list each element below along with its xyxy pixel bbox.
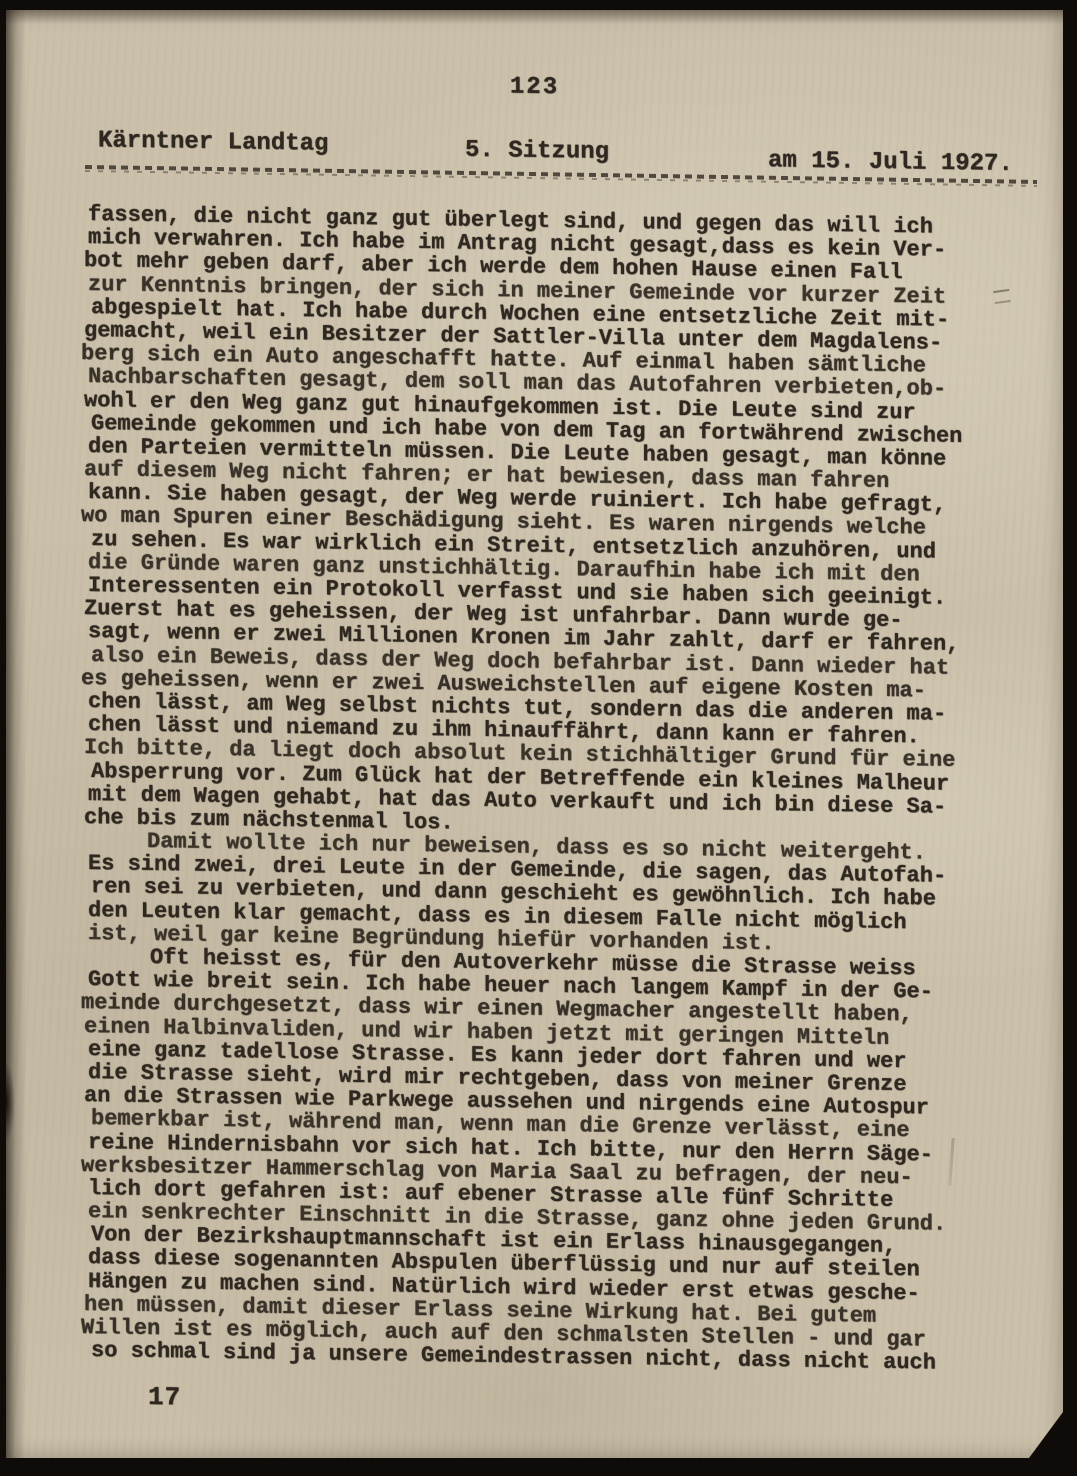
scanned-page-frame: { "page": { "sheet_number": "123", "foot…	[0, 0, 1077, 1476]
page-number-bottom: 17	[148, 1382, 181, 1412]
header-date: am 15. Juli 1927.	[768, 147, 1013, 178]
header-session-title: 5. Sitzung	[465, 137, 609, 166]
paper-sheet: 123 Kärntner Landtag 5. Sitzung am 15. J…	[6, 10, 1063, 1458]
header-institution: Kärntner Landtag	[98, 127, 328, 157]
scan-artifact-left-blob	[6, 1062, 19, 1142]
page-number-top: 123	[6, 66, 1063, 109]
scan-artifact-right-tick	[993, 289, 1011, 304]
body-text: fassen, die nicht ganz gut überlegt sind…	[88, 203, 962, 1362]
